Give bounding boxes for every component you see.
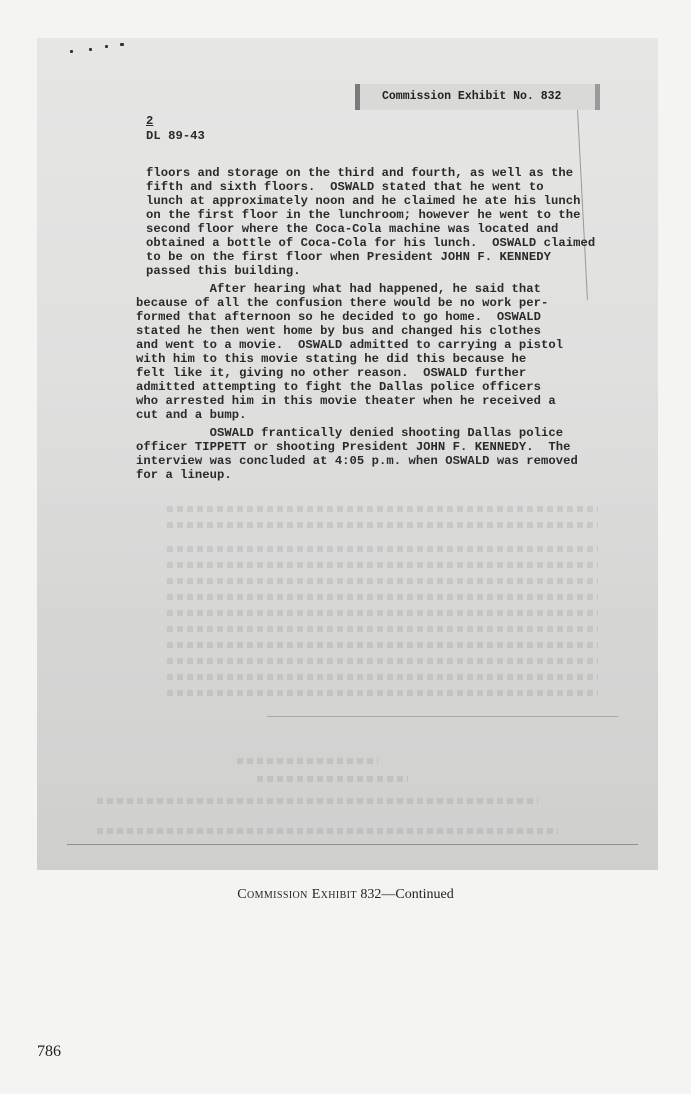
- text-line: After hearing what had happened, he said…: [136, 282, 541, 297]
- scan-speck: [89, 48, 92, 51]
- text-line: officer TIPPETT or shooting President JO…: [136, 440, 570, 455]
- caption-suffix: 832—Continued: [357, 887, 454, 902]
- text-line: fifth and sixth floors. OSWALD stated th…: [146, 180, 544, 195]
- scan-speck: [120, 43, 124, 46]
- text-line: stated he then went home by bus and chan…: [136, 324, 541, 339]
- text-line: passed this building.: [146, 264, 301, 279]
- text-line: lunch at approximately noon and he claim…: [146, 194, 580, 209]
- exhibit-caption: Commission Exhibit 832—Continued: [0, 887, 691, 903]
- text-line: cut and a bump.: [136, 408, 246, 423]
- bleed-rule: [67, 844, 638, 845]
- text-line: floors and storage on the third and four…: [146, 166, 573, 181]
- text-line: to be on the first floor when President …: [146, 250, 551, 265]
- text-line: interview was concluded at 4:05 p.m. whe…: [136, 454, 578, 469]
- text-line: formed that afternoon so he decided to g…: [136, 310, 541, 325]
- text-line: and went to a movie. OSWALD admitted to …: [136, 338, 563, 353]
- text-line: admitted attempting to fight the Dallas …: [136, 380, 541, 395]
- text-line: felt like it, giving no other reason. OS…: [136, 366, 526, 381]
- exhibit-label-tab: Commission Exhibit No. 832: [355, 84, 600, 110]
- scan-speck: [105, 45, 108, 48]
- page-marker: 2: [146, 114, 153, 129]
- text-line: second floor where the Coca-Cola machine…: [146, 222, 558, 237]
- exhibit-label: Commission Exhibit No. 832: [382, 90, 561, 103]
- text-line: obtained a bottle of Coca-Cola for his l…: [146, 236, 595, 251]
- text-line: for a lineup.: [136, 468, 232, 483]
- text-line: on the first floor in the lunchroom; how…: [146, 208, 580, 223]
- page-number: 786: [37, 1043, 61, 1061]
- bleed-rule: [267, 716, 618, 717]
- text-line: with him to this movie stating he did th…: [136, 352, 526, 367]
- file-number: DL 89-43: [146, 129, 205, 144]
- text-line: who arrested him in this movie theater w…: [136, 394, 556, 409]
- caption-prefix: Commission Exhibit: [237, 887, 357, 902]
- text-line: OSWALD frantically denied shooting Dalla…: [136, 426, 563, 441]
- scan-speck: [70, 50, 73, 53]
- text-line: because of all the confusion there would…: [136, 296, 548, 311]
